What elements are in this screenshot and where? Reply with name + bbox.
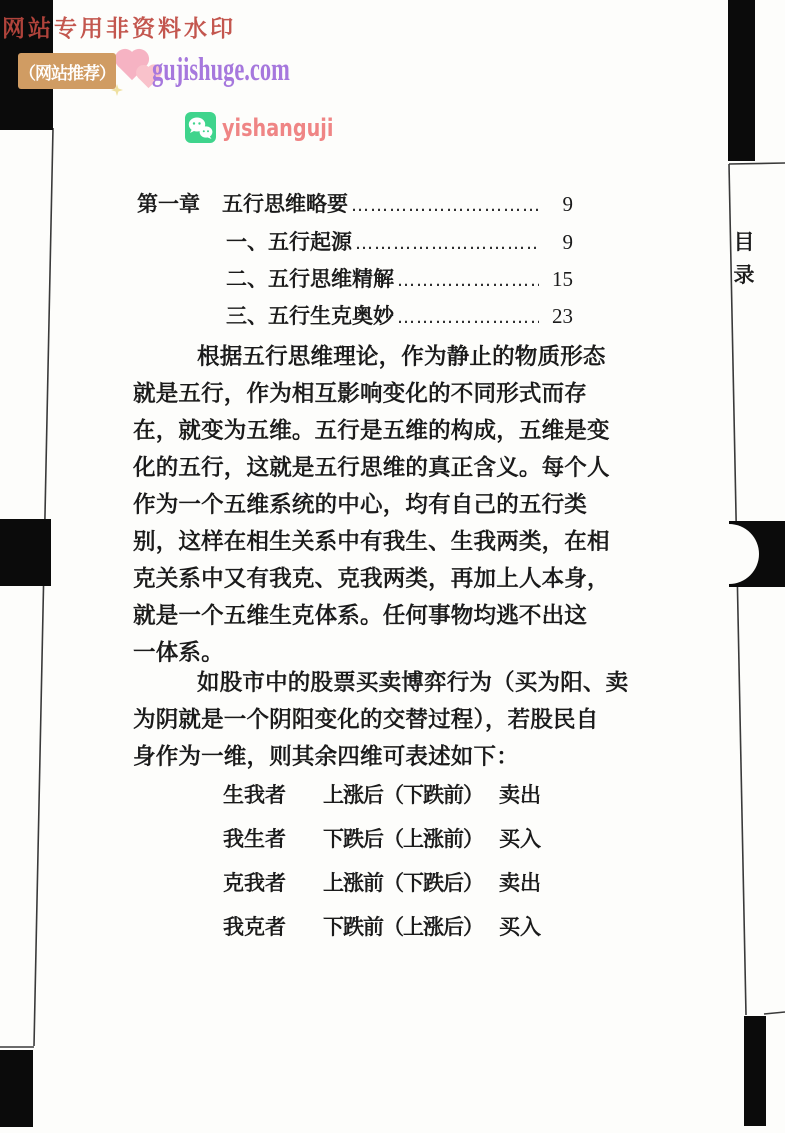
toc-dot-leader: ……………………………………………… — [348, 195, 539, 216]
body-line: 克关系中又有我克、克我两类，再加上人本身， — [133, 560, 581, 597]
toc-section-title: 二、五行思维精解 — [226, 263, 394, 293]
body-line: 作为一个五维系统的中心，均有自己的五行类 — [133, 486, 581, 523]
body-line: 化的五行，这就是五行思维的真正含义。每个人 — [133, 449, 581, 486]
table-cell: 买入 — [499, 911, 563, 941]
toc-page-number: 15 — [539, 267, 573, 292]
toc-dot-leader: ……………………………………… — [394, 307, 539, 328]
table-cell: 买入 — [499, 823, 563, 853]
table-cell: 卖出 — [499, 867, 563, 897]
site-badge-label: （网站推荐） — [19, 59, 115, 84]
table-cell: 下跌前（上涨后） — [323, 911, 499, 941]
toc-dot-leader: ……………………………………………… — [352, 233, 539, 254]
body-line: 就是五行，作为相互影响变化的不同形式而存 — [133, 375, 581, 412]
toc-section-title: 三、五行生克奥妙 — [226, 300, 394, 330]
table-cell: 下跌后（上涨前） — [323, 823, 499, 853]
side-tab-char: 录 — [732, 259, 756, 289]
site-name-logo: gujishuge.com — [152, 52, 290, 89]
body-line: 别，这样在相生关系中有我生、生我两类，在相 — [133, 523, 581, 560]
table-cell: 上涨后（下跌前） — [323, 779, 499, 809]
toc-chapter-row: 第一章 五行思维略要 ……………………………………………… 9 — [137, 188, 573, 218]
toc-page-number: 9 — [539, 192, 573, 217]
left-edge-tab — [0, 519, 51, 586]
side-tab-char: 目 — [732, 226, 756, 256]
toc-page-number: 23 — [539, 304, 573, 329]
toc-chapter-label: 第一章 — [137, 188, 200, 218]
table-row: 克我者 上涨前（下跌后） 卖出 — [223, 867, 563, 911]
bottom-left-block — [0, 1050, 33, 1127]
scan-page: 网站专用非资料水印 （网站推荐） gujishuge.com yishanguj… — [0, 0, 785, 1133]
table-cell: 卖出 — [499, 779, 563, 809]
body-line: 就是一个五维生克体系。任何事物均逃不出这 — [133, 597, 581, 634]
toc-section-row: 一、五行起源 ……………………………………………… 9 — [226, 226, 573, 256]
table-row: 生我者 上涨后（下跌前） 卖出 — [223, 779, 563, 823]
wechat-icon — [185, 112, 216, 143]
toc-section-row: 三、五行生克奥妙 ……………………………………… 23 — [226, 300, 573, 330]
stock-table: 生我者 上涨后（下跌前） 卖出 我生者 下跌后（上涨前） 买入 克我者 上涨前（… — [223, 779, 563, 955]
toc-dot-leader: ……………………………………… — [394, 270, 539, 291]
site-badge: （网站推荐） — [18, 53, 116, 89]
body-line: 为阴就是一个阴阳变化的交替过程），若股民自 — [133, 701, 581, 738]
right-bottom-bar — [744, 1016, 766, 1126]
body-paragraph-2: 如股市中的股票买卖博弈行为（买为阳、卖 为阴就是一个阴阳变化的交替过程），若股民… — [133, 664, 581, 775]
wechat-id-text: yishanguji — [222, 114, 333, 142]
right-top-bar — [728, 0, 755, 161]
body-paragraph-1: 根据五行思维理论，作为静止的物质形态 就是五行，作为相互影响变化的不同形式而存 … — [133, 338, 581, 671]
body-line: 在，就变为五维。五行是五维的构成，五维是变 — [133, 412, 581, 449]
table-cell: 我生者 — [223, 823, 323, 853]
table-cell: 克我者 — [223, 867, 323, 897]
table-row: 我生者 下跌后（上涨前） 买入 — [223, 823, 563, 867]
body-line: 根据五行思维理论，作为静止的物质形态 — [133, 338, 581, 375]
toc-section-row: 二、五行思维精解 ……………………………………… 15 — [226, 263, 573, 293]
watermark-text: 网站专用非资料水印 — [2, 10, 236, 43]
notch-cutout — [699, 524, 759, 584]
body-line: 如股市中的股票买卖博弈行为（买为阳、卖 — [133, 664, 581, 701]
toc-section-title: 一、五行起源 — [226, 226, 352, 256]
toc-chapter-title: 五行思维略要 — [222, 188, 348, 218]
table-cell: 上涨前（下跌后） — [323, 867, 499, 897]
table-row: 我克者 下跌前（上涨后） 买入 — [223, 911, 563, 955]
toc-page-number: 9 — [539, 230, 573, 255]
table-cell: 生我者 — [223, 779, 323, 809]
body-line: 身作为一维，则其余四维可表述如下： — [133, 738, 581, 775]
table-cell: 我克者 — [223, 911, 323, 941]
